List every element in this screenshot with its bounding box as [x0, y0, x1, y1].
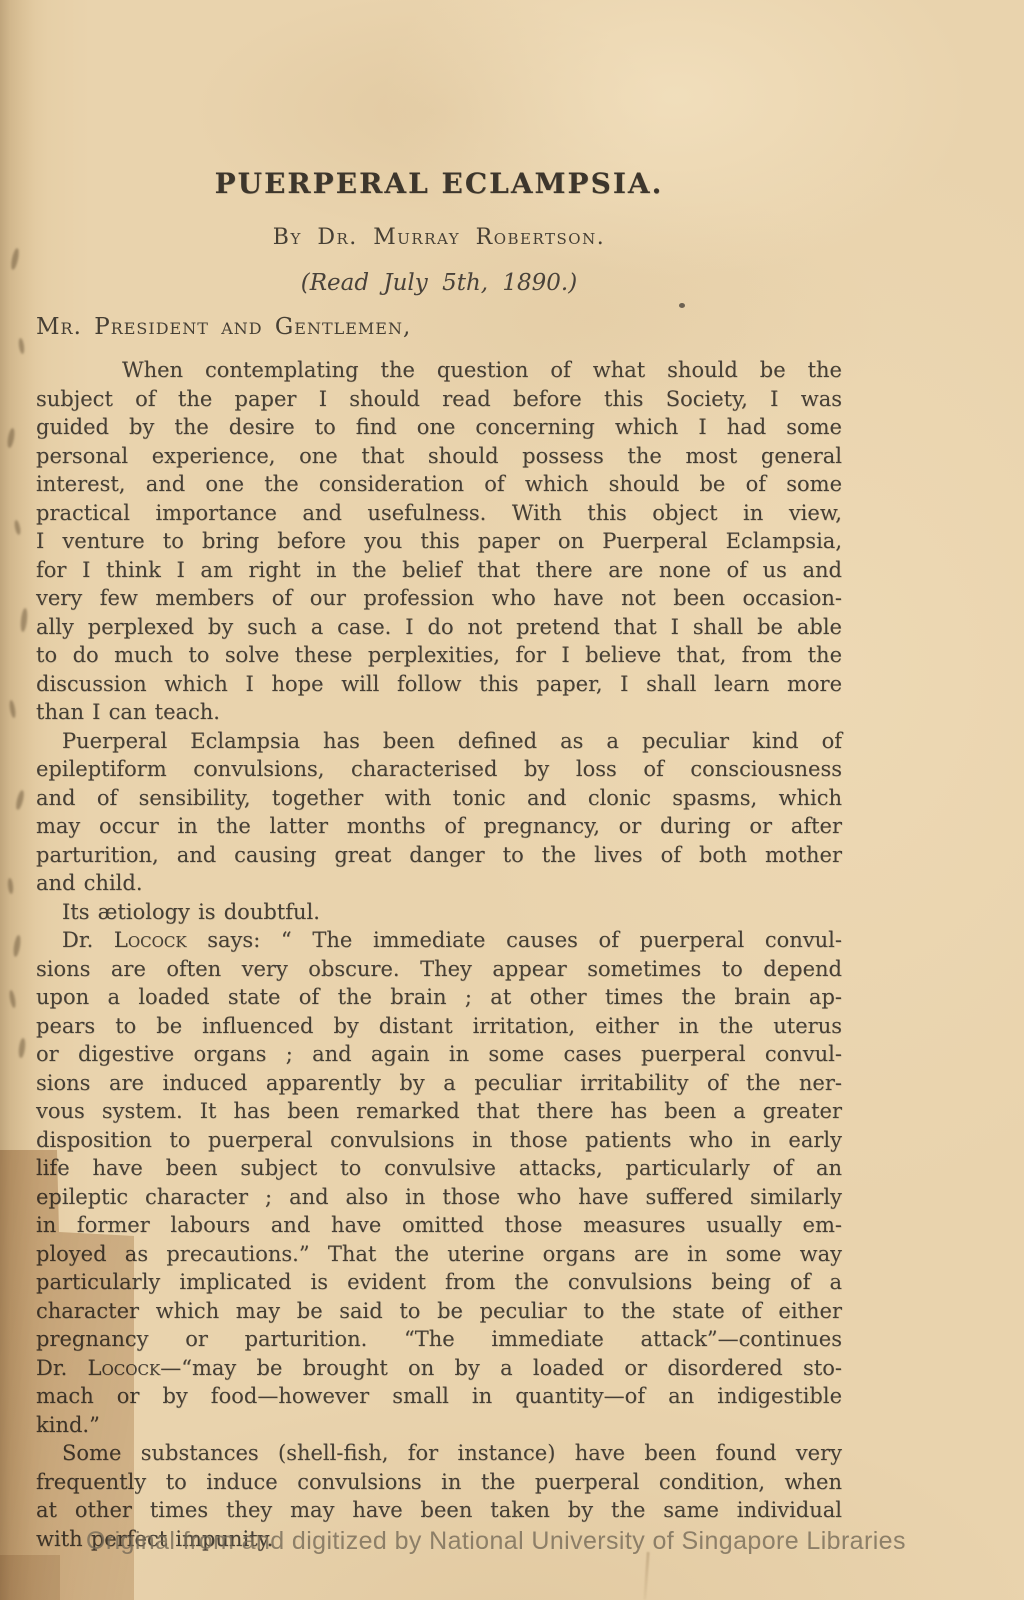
body-line: ployed as precautions.” That the uterine… — [36, 1240, 842, 1269]
body-line: pregnancy or parturition. “The immediate… — [36, 1325, 842, 1354]
library-watermark: Original from and digitized by National … — [86, 1527, 986, 1556]
body-line: vous system. It has been remarked that t… — [36, 1097, 842, 1126]
body-line: sions are often very obscure. They appea… — [36, 955, 842, 984]
body-line: character which may be said to be peculi… — [36, 1297, 842, 1326]
page-title: PUERPERAL ECLAMPSIA. — [36, 167, 842, 200]
page-edge-mark — [7, 878, 14, 894]
body-line: life have been subject to convulsive att… — [36, 1154, 842, 1183]
body-line: and of sensibility, together with tonic … — [36, 784, 842, 813]
body-line: pears to be influenced by distant irrita… — [36, 1012, 842, 1041]
body-line: at other times they may have been taken … — [36, 1496, 842, 1525]
body-line: discussion which I hope will follow this… — [36, 670, 842, 699]
page-edge-mark — [10, 248, 20, 271]
scanned-document-page: PUERPERAL ECLAMPSIA. By Dr. Murray Rober… — [0, 0, 1024, 1600]
body-line: mach or by food—however small in quantit… — [36, 1382, 842, 1411]
page-edge-mark — [6, 428, 15, 449]
body-line: may occur in the latter months of pregna… — [36, 812, 842, 841]
body-line: epileptic character ; and also in those … — [36, 1183, 842, 1212]
body-line: When contemplating the question of what … — [36, 356, 842, 385]
page-edge-mark — [18, 1038, 26, 1059]
body-line: in former labours and have omitted those… — [36, 1211, 842, 1240]
body-line: disposition to puerperal convulsions in … — [36, 1126, 842, 1155]
body-line: for I think I am right in the belief tha… — [36, 556, 842, 585]
body-line: Puerperal Eclampsia has been defined as … — [36, 727, 842, 756]
body-text: When contemplating the question of what … — [36, 356, 842, 1553]
body-line: epileptiform convulsions, characterised … — [36, 755, 842, 784]
body-line: sions are induced apparently by a peculi… — [36, 1069, 842, 1098]
body-line: subject of the paper I should read befor… — [36, 385, 842, 414]
body-line: Its ætiology is doubtful. — [36, 898, 842, 927]
body-line: Some substances (shell-fish, for instanc… — [36, 1439, 842, 1468]
body-line: Dr. Locock—“may be brought on by a loade… — [36, 1354, 842, 1383]
body-line: ally perplexed by such a case. I do not … — [36, 613, 842, 642]
body-line: Dr. Locock says: “ The immediate causes … — [36, 926, 842, 955]
body-line: kind.” — [36, 1411, 842, 1440]
body-line: I venture to bring before you this paper… — [36, 527, 842, 556]
body-line: or digestive organs ; and again in some … — [36, 1040, 842, 1069]
body-line: upon a loaded state of the brain ; at ot… — [36, 983, 842, 1012]
page-edge-mark — [8, 700, 16, 719]
page-edge-mark — [13, 520, 21, 536]
body-line: than I can teach. — [36, 698, 842, 727]
page-edge-mark — [15, 790, 26, 811]
page-edge-mark — [8, 990, 16, 1009]
page-edge-mark — [20, 608, 28, 632]
read-date-line: (Read July 5th, 1890.) — [36, 270, 842, 296]
body-line: very few members of our profession who h… — [36, 584, 842, 613]
body-line: parturition, and causing great danger to… — [36, 841, 842, 870]
body-line: interest, and one the consideration of w… — [36, 470, 842, 499]
page-edge-mark — [18, 338, 25, 355]
salutation: Mr. President and Gentlemen, — [36, 314, 411, 340]
body-line: particularly implicated is evident from … — [36, 1268, 842, 1297]
author-byline: By Dr. Murray Robertson. — [36, 225, 842, 250]
body-line: guided by the desire to find one concern… — [36, 413, 842, 442]
page-edge-mark — [12, 935, 21, 958]
body-line: personal experience, one that should pos… — [36, 442, 842, 471]
body-line: practical importance and usefulness. Wit… — [36, 499, 842, 528]
ink-spot-artifact — [679, 303, 685, 308]
body-line: to do much to solve these perplexities, … — [36, 641, 842, 670]
body-line: frequently to induce convulsions in the … — [36, 1468, 842, 1497]
body-line: and child. — [36, 869, 842, 898]
page-content: PUERPERAL ECLAMPSIA. By Dr. Murray Rober… — [36, 0, 842, 1600]
